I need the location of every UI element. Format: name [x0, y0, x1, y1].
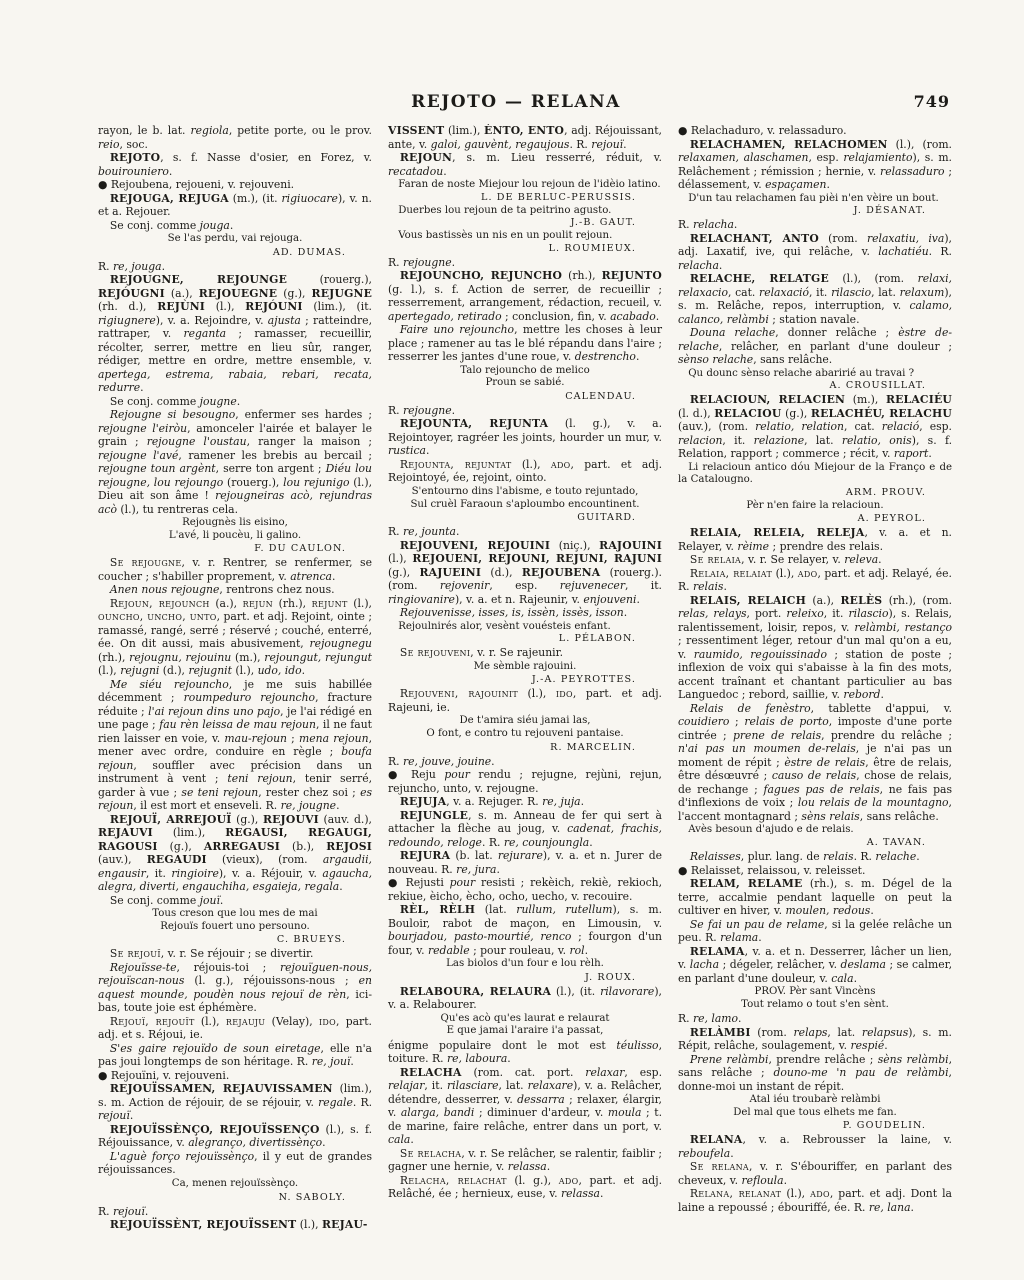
- entry-paragraph: Relaia, relaiat (l.), ado, part. et adj.…: [678, 567, 952, 594]
- verse-quote: Qu'es acò qu'es laurat e relauratE que j…: [388, 1013, 662, 1038]
- verse-quote: Tous creson que lou mes de maiRejouïs fo…: [98, 908, 372, 933]
- entry-paragraph: Se fai un pau de relame, si la gelée rel…: [678, 918, 952, 945]
- entry-paragraph: RELACHANT, ANTO (rom. relaxatiu, iva), a…: [678, 232, 952, 273]
- entry-paragraph: RELACHAMEN, RELACHOMEN (l.), (rom. relax…: [678, 138, 952, 192]
- continuation-paragraph: ● Relaisset, relaissou, v. releisset.: [678, 864, 952, 878]
- entry-paragraph: RELACIOUN, RELACIEN (m.), RELACIÉU (l. d…: [678, 393, 952, 461]
- continuation-paragraph: ● Rejusti pour resisti ; rekèich, rekiè,…: [388, 876, 662, 903]
- author-attribution: GUITARD.: [388, 512, 662, 524]
- entry-paragraph: Rejouveni, rajouinit (l.), ido, part. et…: [388, 687, 662, 714]
- author-attribution: J. ROUX.: [388, 972, 662, 984]
- entry-paragraph: REJUJA, v. a. Rejuger. R. re, juja.: [388, 795, 662, 809]
- entry-paragraph: RELACHA (rom. cat. port. relaxar, esp. r…: [388, 1066, 662, 1147]
- entry-paragraph: Se rejouveni, v. r. Se rajeunir.: [388, 646, 662, 660]
- entry-paragraph: RELÀMBI (rom. relaps, lat. relapsus), s.…: [678, 1026, 952, 1053]
- entry-paragraph: REJOUNCHO, REJUNCHO (rh.), REJUNTO (g. l…: [388, 269, 662, 323]
- author-attribution: CALENDAU.: [388, 391, 662, 403]
- verse-quote: Ca, menen rejouïssènço.: [98, 1178, 372, 1191]
- author-attribution: F. DU CAULON.: [98, 543, 372, 555]
- entry-paragraph: Faire uno rejouncho, mettre les choses à…: [388, 323, 662, 364]
- continuation-paragraph: R. re, jounta.: [388, 525, 662, 539]
- prose-quote: Qu dounc sènso relache abaririé au trava…: [678, 368, 952, 381]
- continuation-paragraph: énigme populaire dont le mot est téuliss…: [388, 1039, 662, 1066]
- entry-paragraph: REJOUÏSSAMEN, REJAUVISSAMEN (lim.), s. m…: [98, 1082, 372, 1123]
- author-attribution: AD. DUMAS.: [98, 247, 372, 259]
- entry-paragraph: REJOUÏSSÈNT, REJOUÏSSENT (l.), REJAU-: [98, 1218, 372, 1232]
- entry-paragraph: REJOUÏ, ARREJOUÏ (g.), REJOUVI (auv. d.)…: [98, 813, 372, 894]
- author-attribution: L. PÉLABON.: [388, 633, 662, 645]
- entry-paragraph: Se relana, v. r. S'ébouriffer, en parlan…: [678, 1160, 952, 1187]
- column-1: rayon, le b. lat. regiola, petite porte,…: [98, 124, 372, 1244]
- entry-paragraph: S'es gaire rejouïdo de soun eiretage, el…: [98, 1042, 372, 1069]
- entry-paragraph: REJOUNTA, REJUNTA (l. g.), v. a. Rejoint…: [388, 417, 662, 458]
- author-attribution: R. MARCELIN.: [388, 742, 662, 754]
- continuation-paragraph: ● Reju pour rendu ; rejugne, rejùni, rej…: [388, 768, 662, 795]
- author-attribution: L. ROUMIEUX.: [388, 243, 662, 255]
- prose-quote: D'un tau relachamen fau pièi n'en vèire …: [678, 193, 952, 206]
- entry-paragraph: RELAIA, RELEIA, RELEJA, v. a. et n. Rela…: [678, 526, 952, 553]
- entry-paragraph: L'aguè forço rejouïssènço, il y eut de g…: [98, 1150, 372, 1177]
- entry-paragraph: Relacha, relachat (l. g.), ado, part. et…: [388, 1174, 662, 1201]
- columns: rayon, le b. lat. regiola, petite porte,…: [98, 124, 954, 1244]
- page-number: 749: [914, 92, 950, 111]
- continuation-paragraph: VISSENT (lim.), ÈNTO, ENTO, adj. Réjouis…: [388, 124, 662, 151]
- entry-paragraph: RÈL, RÈLH (lat. rullum, rutellum), s. m.…: [388, 903, 662, 957]
- entry-paragraph: RELAMA, v. a. et n. Desserrer, lâcher un…: [678, 945, 952, 986]
- entry-paragraph: REJOTO, s. f. Nasse d'osier, en Forez, v…: [98, 151, 372, 178]
- entry-paragraph: RELAIS, RELAICH (a.), RELÈS (rh.), (rom.…: [678, 594, 952, 702]
- entry-paragraph: Rejougne si besougno, enfermer ses harde…: [98, 408, 372, 516]
- running-head: REJOTO — RELANA 749: [98, 92, 954, 114]
- author-attribution: J.-B. GAUT.: [388, 217, 662, 229]
- entry-paragraph: REJOUÏSSÈNÇO, REJOUÏSSENÇO (l.), s. f. R…: [98, 1123, 372, 1150]
- entry-paragraph: Se rejouï, v. r. Se réjouir ; se diverti…: [98, 947, 372, 961]
- verse-quote: Talo rejouncho de melicoProun se sabié.: [388, 365, 662, 390]
- verse-quote: Se l'as perdu, vai rejouga.: [98, 233, 372, 246]
- verse-quote: PROV. Pèr sant VincènsTout relamo o tout…: [678, 986, 952, 1011]
- entry-paragraph: REJUNGLE, s. m. Anneau de fer qui sert à…: [388, 809, 662, 850]
- page-title: REJOTO — RELANA: [88, 92, 944, 112]
- entry-paragraph: REJOUVENI, REJOUINI (niç.), RAJOUINI (l.…: [388, 539, 662, 607]
- entry-paragraph: Se conj. comme jougne.: [98, 395, 372, 409]
- prose-quote: Faran de noste Miejour lou rejoun de l'i…: [388, 179, 662, 192]
- prose-quote: Avès besoun d'ajudo e de relais.: [678, 824, 952, 837]
- author-attribution: A. PEYROL.: [678, 513, 952, 525]
- entry-paragraph: Rejouï, rejouït (l.), rejauju (Velay), i…: [98, 1015, 372, 1042]
- entry-paragraph: Relaisses, plur. lang. de relais. R. rel…: [678, 850, 952, 864]
- prose-quote: Vous bastissès un nis en un poulit rejou…: [388, 230, 662, 243]
- dictionary-page: REJOTO — RELANA 749 rayon, le b. lat. re…: [0, 0, 1024, 1280]
- continuation-paragraph: R. re, jouga.: [98, 260, 372, 274]
- continuation-paragraph: R. rejouï.: [98, 1205, 372, 1219]
- entry-paragraph: RELABOURA, RELAURA (l.), (it. rilavorare…: [388, 985, 662, 1012]
- entry-paragraph: Relana, relanat (l.), ado, part. et adj.…: [678, 1187, 952, 1214]
- author-attribution: ARM. PROUV.: [678, 487, 952, 499]
- entry-paragraph: Relais de fenèstro, tablette d'appui, v.…: [678, 702, 952, 824]
- author-attribution: J. DÉSANAT.: [678, 205, 952, 217]
- entry-paragraph: Se rejougne, v. r. Rentrer, se renfermer…: [98, 556, 372, 583]
- continuation-paragraph: ● Rejoubena, rejoueni, v. rejouveni.: [98, 178, 372, 192]
- entry-paragraph: Rejouvenisse, isses, is, issèn, issès, i…: [388, 606, 662, 620]
- continuation-paragraph: R. rejougne.: [388, 256, 662, 270]
- entry-paragraph: Me siéu rejouncho, je me suis habillée d…: [98, 678, 372, 813]
- entry-paragraph: Prene relàmbi, prendre relâche ; sèns re…: [678, 1053, 952, 1094]
- entry-paragraph: Se relacha, v. r. Se relâcher, se ralent…: [388, 1147, 662, 1174]
- entry-paragraph: RELACHE, RELATGE (l.), (rom. relaxi, rel…: [678, 272, 952, 326]
- verse-quote: Me sèmble rajouini.: [388, 661, 662, 674]
- author-attribution: J.-A. PEYROTTES.: [388, 674, 662, 686]
- entry-paragraph: Anen nous rejougne, rentrons chez nous.: [98, 583, 372, 597]
- verse-quote: Las biolos d'un four e lou rèlh.: [388, 958, 662, 971]
- entry-paragraph: Douna relache, donner relâche ; èstre de…: [678, 326, 952, 367]
- entry-paragraph: Se conj. comme jouga.: [98, 219, 372, 233]
- verse-quote: De t'amira siéu jamai las,O font, e cont…: [388, 715, 662, 740]
- continuation-paragraph: R. relacha.: [678, 218, 952, 232]
- author-attribution: A. CROUSILLAT.: [678, 380, 952, 392]
- author-attribution: L. DE BERLUC-PERUSSIS.: [388, 192, 662, 204]
- author-attribution: C. BRUEYS.: [98, 934, 372, 946]
- entry-paragraph: Rejoun, rejounch (a.), rejun (rh.), reju…: [98, 597, 372, 678]
- continuation-paragraph: ● Rejouïni, v. rejouveni.: [98, 1069, 372, 1083]
- verse-quote: Rejougnès lis eisino,L'avé, li poucèu, l…: [98, 517, 372, 542]
- entry-paragraph: Rejounta, rejuntat (l.), ado, part. et a…: [388, 458, 662, 485]
- entry-paragraph: Rejouïsse-te, réjouis-toi ; rejouïguen-n…: [98, 961, 372, 1015]
- verse-quote: Pèr n'en faire la relacioun.: [678, 500, 952, 513]
- prose-quote: Rejoulnirés alor, vesènt vouésteis enfan…: [388, 621, 662, 634]
- verse-quote: S'entourno dins l'abisme, e touto rejunt…: [388, 486, 662, 511]
- author-attribution: P. GOUDELIN.: [678, 1120, 952, 1132]
- author-attribution: A. TAVAN.: [678, 837, 952, 849]
- entry-paragraph: REJURA (b. lat. rejurare), v. a. et n. J…: [388, 849, 662, 876]
- entry-paragraph: Se conj. comme jouï.: [98, 894, 372, 908]
- entry-paragraph: RELAM, RELAME (rh.), s. m. Dégel de la t…: [678, 877, 952, 918]
- prose-quote: Duerbes lou rejoun de ta peitrino agusto…: [388, 205, 662, 218]
- column-2: VISSENT (lim.), ÈNTO, ENTO, adj. Réjouis…: [388, 124, 662, 1244]
- continuation-paragraph: R. re, jouve, jouine.: [388, 755, 662, 769]
- entry-paragraph: Se relaia, v. r. Se relayer, v. releva.: [678, 553, 952, 567]
- continuation-paragraph: ● Relachaduro, v. relassaduro.: [678, 124, 952, 138]
- verse-quote: Atal iéu troubarè relàmbiDel mal que tou…: [678, 1094, 952, 1119]
- continuation-paragraph: R. re, lamo.: [678, 1012, 952, 1026]
- continuation-paragraph: rayon, le b. lat. regiola, petite porte,…: [98, 124, 372, 151]
- column-3: ● Relachaduro, v. relassaduro.RELACHAMEN…: [678, 124, 952, 1244]
- entry-paragraph: RELANA, v. a. Rebrousser la laine, v. re…: [678, 1133, 952, 1160]
- entry-paragraph: REJOUGNE, REJOUNGE (rouerg.), REJÓUGNI (…: [98, 273, 372, 395]
- entry-paragraph: REJOUGA, REJUGA (m.), (it. rigiuocare), …: [98, 192, 372, 219]
- prose-quote: Li relacioun antico dóu Miejour de la Fr…: [678, 462, 952, 487]
- continuation-paragraph: R. rejougne.: [388, 404, 662, 418]
- author-attribution: N. SABOLY.: [98, 1192, 372, 1204]
- entry-paragraph: REJOUN, s. m. Lieu resserré, réduit, v. …: [388, 151, 662, 178]
